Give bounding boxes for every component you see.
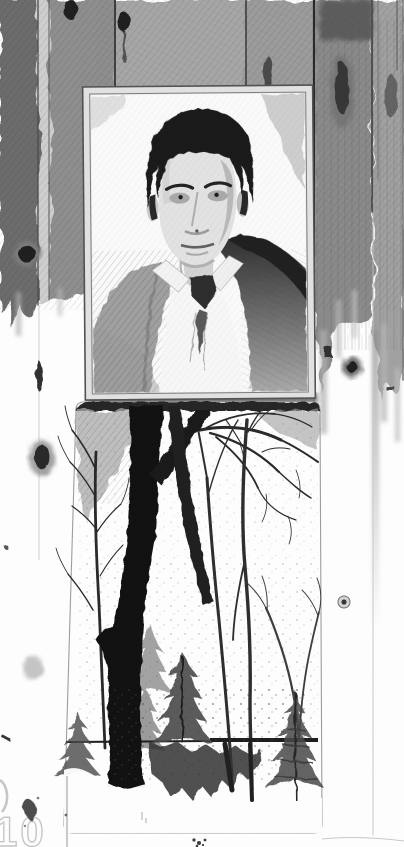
scene-canvas: 10 (0, 0, 404, 847)
sketch-grain-overlay (0, 0, 404, 847)
sketch-photo: 10 (0, 0, 404, 847)
